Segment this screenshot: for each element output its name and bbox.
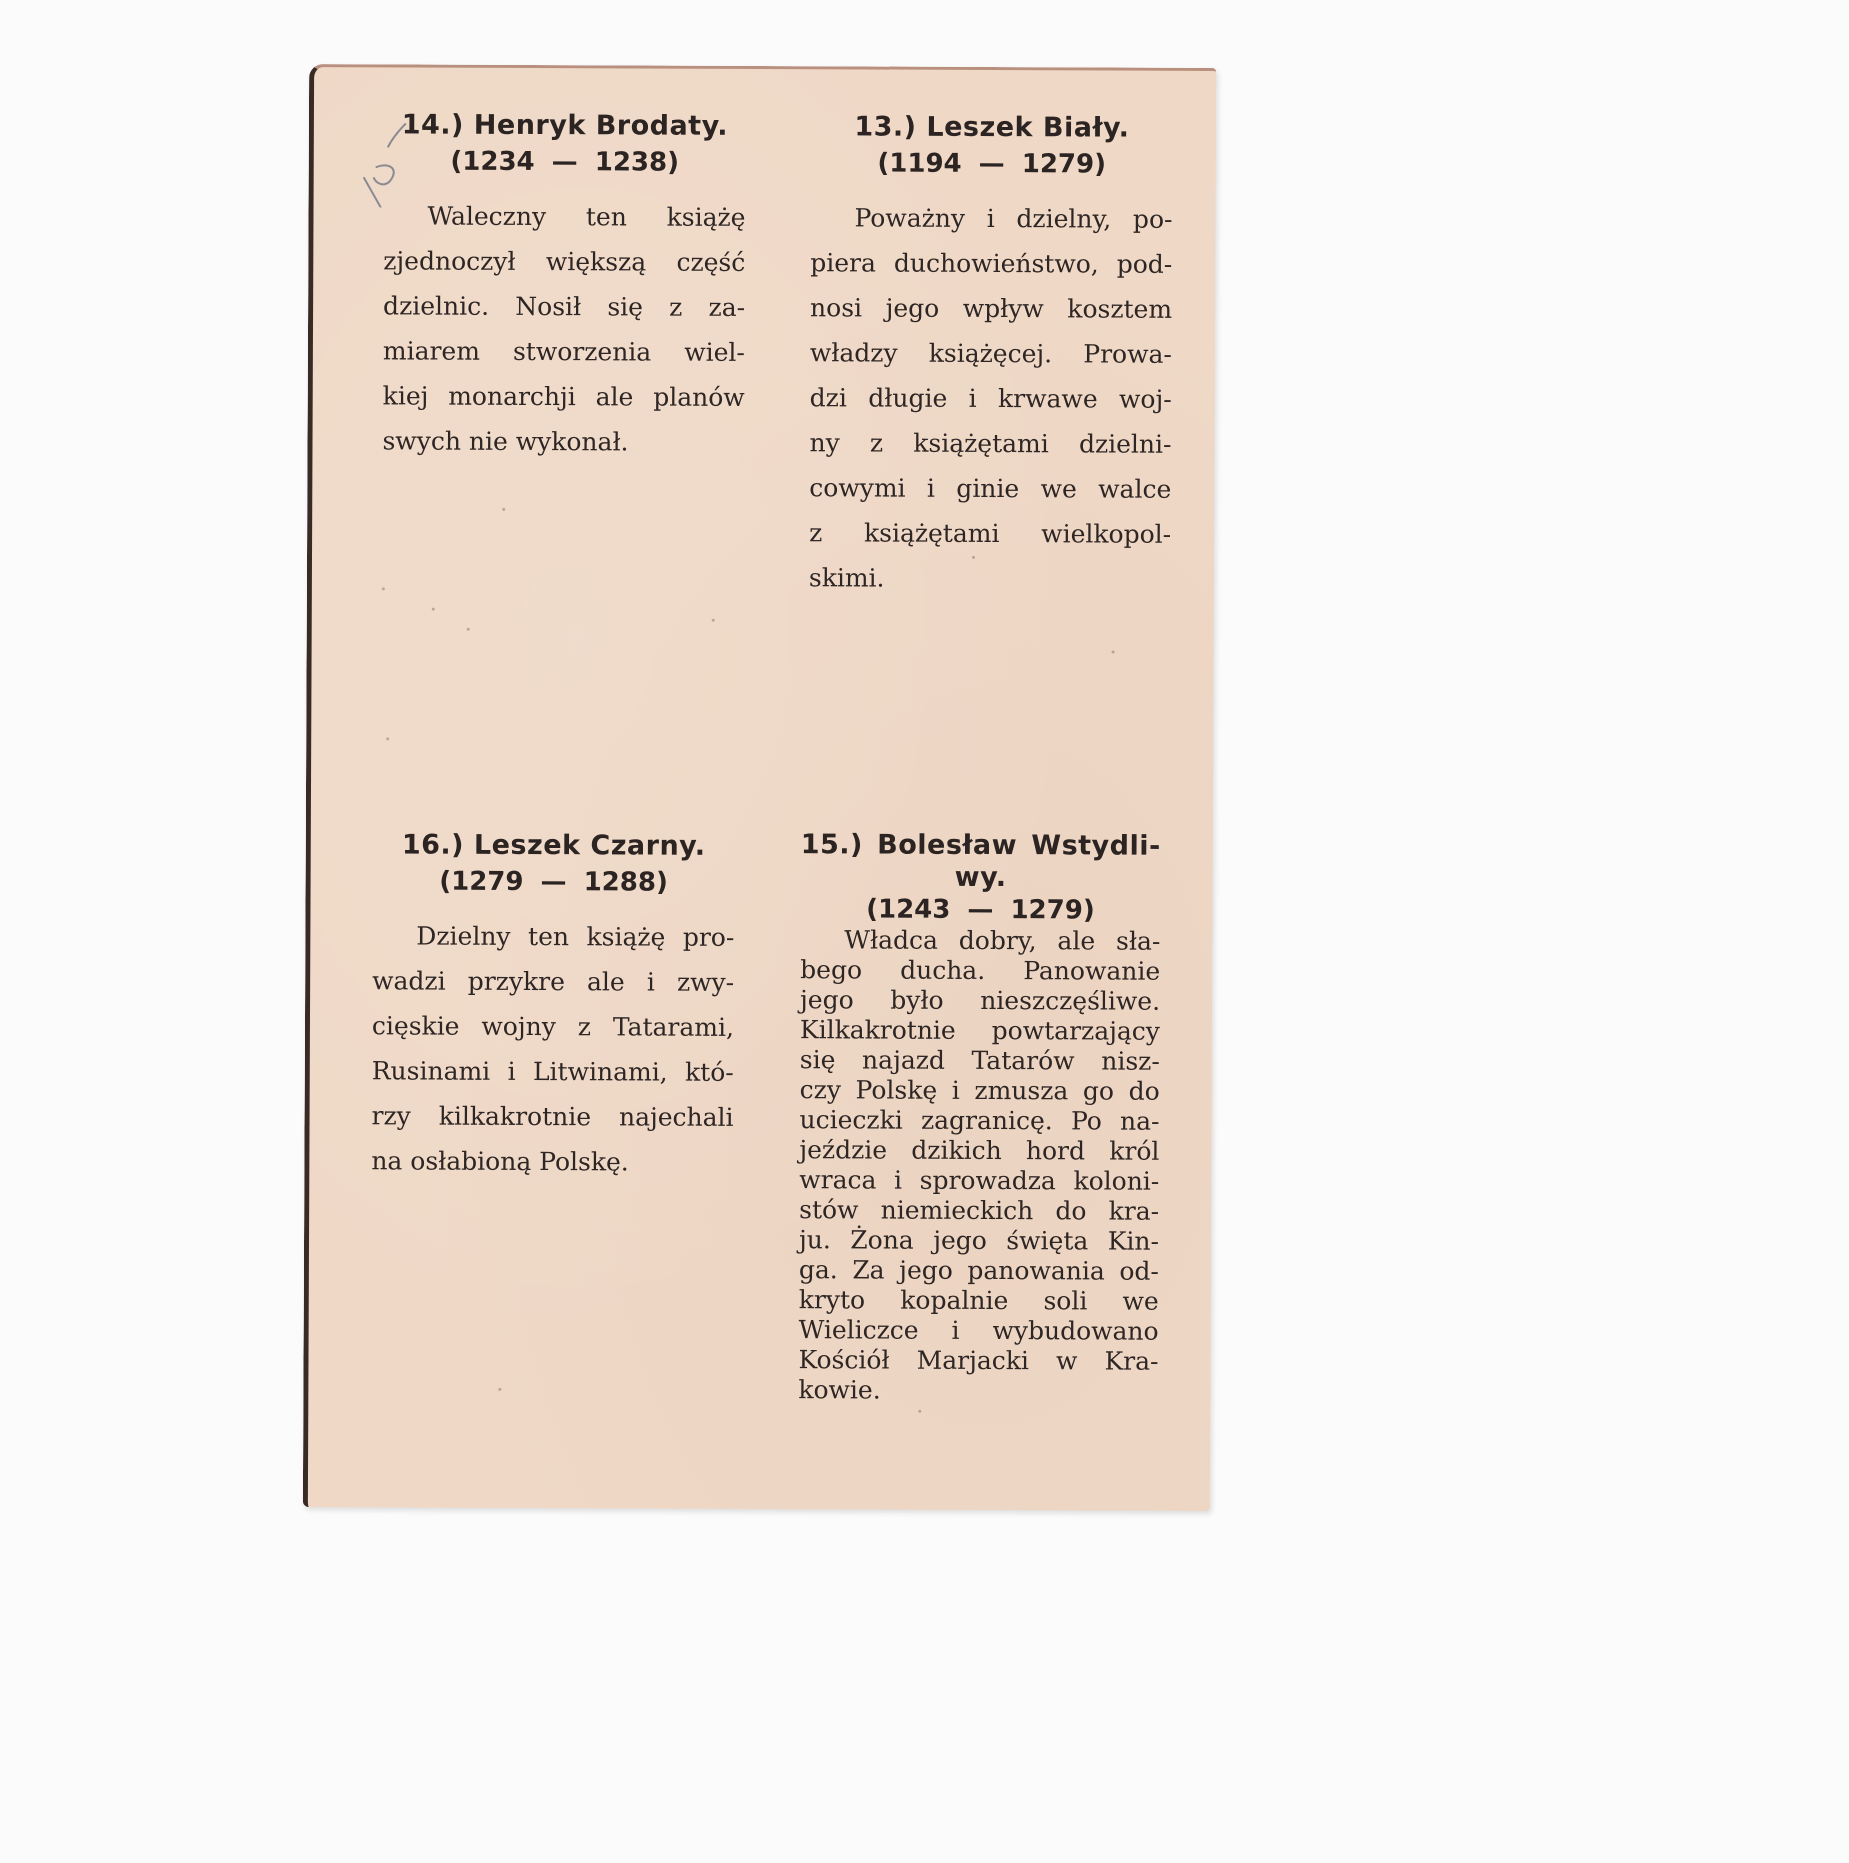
text-line: jeździe dzikich hord król	[799, 1135, 1159, 1167]
text-line: dzielnic. Nosił się z za-	[383, 283, 745, 330]
paper-speck	[918, 1410, 921, 1413]
paper-speck	[498, 1388, 501, 1391]
paper-speck	[972, 556, 975, 559]
text-line: Wieliczce i wybudowano	[799, 1315, 1159, 1347]
text-line: na osłabioną Polskę.	[371, 1138, 733, 1185]
paper-speck	[467, 628, 470, 631]
text-line: swych nie wykonał.	[382, 418, 744, 465]
paper-speck	[386, 737, 389, 740]
text-line: dzi długie i krwawe woj-	[810, 375, 1172, 422]
text-line: Poważny i dzielny, po-	[810, 195, 1172, 242]
text-line: z książętami wielkopol-	[809, 510, 1171, 557]
text-line: ga. Za jego panowania od-	[799, 1255, 1159, 1287]
text-line: rzy kilkakrotnie najechali	[371, 1093, 733, 1140]
text-line: kryto kopalnie soli we	[799, 1285, 1159, 1317]
text-line: skimi.	[809, 555, 1171, 602]
entry-title-line: 15.) Bolesław Wstydli-	[801, 829, 1161, 863]
text-line: nosi jego wpływ kosztem	[810, 285, 1172, 332]
entry-leszek-bialy: 13.) Leszek Biały. (1194 — 1279) Poważny…	[809, 109, 1173, 602]
text-line: stów niemieckich do kra-	[799, 1195, 1159, 1227]
text-line: Rusinami i Litwinami, któ-	[372, 1048, 734, 1095]
entry-description: Dzielny ten książę pro- wadzi przykre al…	[371, 913, 734, 1185]
text-line: cowymi i ginie we walce	[809, 465, 1171, 512]
entry-boleslaw-wstydliwy: 15.) Bolesław Wstydli- wy. (1243 — 1279)…	[798, 829, 1161, 1407]
entry-dates: (1234 — 1238)	[384, 143, 746, 181]
text-line: Kościół Marjacki w Kra-	[798, 1345, 1158, 1377]
entry-henryk-brodaty: 14.) Henryk Brodaty. (1234 — 1238) Walec…	[382, 107, 746, 465]
entry-description: Władca dobry, ale sła- bego ducha. Panow…	[798, 925, 1160, 1407]
entry-title: 13.) Leszek Biały.	[811, 109, 1173, 147]
text-line: jego było nieszczęśliwe.	[800, 985, 1160, 1017]
paper-speck	[712, 619, 715, 622]
text-line: się najazd Tatarów nisz-	[800, 1045, 1160, 1077]
text-line: kiej monarchji ale planów	[383, 373, 745, 420]
entry-leszek-czarny: 16.) Leszek Czarny. (1279 — 1288) Dzieln…	[371, 827, 735, 1185]
entry-description: Poważny i dzielny, po- piera duchowieńst…	[809, 195, 1173, 602]
paper-speck	[382, 587, 385, 590]
text-line: władzy książęcej. Prowa-	[810, 330, 1172, 377]
text-line: Waleczny ten książę	[383, 193, 745, 240]
text-line: bego ducha. Panowanie	[800, 955, 1160, 987]
text-line: ju. Żona jego święta Kin-	[799, 1225, 1159, 1257]
text-line: piera duchowieństwo, pod-	[810, 240, 1172, 287]
paper-speck	[502, 508, 505, 511]
text-line: czy Polskę i zmusza go do	[800, 1075, 1160, 1107]
text-line: ucieczki zagranicę. Po na-	[799, 1105, 1159, 1137]
entry-title-line: wy.	[801, 861, 1161, 895]
paper-speck	[432, 608, 435, 611]
entry-title: 14.) Henryk Brodaty.	[384, 107, 746, 145]
entry-dates: (1194 — 1279)	[811, 145, 1173, 183]
entry-title: 16.) Leszek Czarny.	[373, 827, 735, 865]
text-line: Kilkakrotnie powtarzający	[800, 1015, 1160, 1047]
text-line: Władca dobry, ale sła-	[800, 925, 1160, 957]
entry-title: 15.) Bolesław Wstydli- wy.	[801, 829, 1161, 895]
text-line: wadzi przykre ale i zwy-	[372, 958, 734, 1005]
text-line: zjednoczył większą część	[383, 238, 745, 285]
entry-dates: (1243 — 1279)	[800, 893, 1160, 927]
text-line: wraca i sprowadza koloni-	[799, 1165, 1159, 1197]
text-line: ny z książętami dzielni-	[809, 420, 1171, 467]
entry-description: Waleczny ten książę zjednoczył większą c…	[382, 193, 745, 465]
text-line: miarem stworzenia wiel-	[383, 328, 745, 375]
text-line: kowie.	[798, 1375, 1158, 1407]
text-line: Dzielny ten książę pro-	[372, 913, 734, 960]
paper-speck	[1112, 651, 1115, 654]
history-card: 14.) Henryk Brodaty. (1234 — 1238) Walec…	[303, 64, 1216, 1511]
text-line: cięskie wojny z Tatarami,	[372, 1003, 734, 1050]
entry-dates: (1279 — 1288)	[373, 863, 735, 901]
